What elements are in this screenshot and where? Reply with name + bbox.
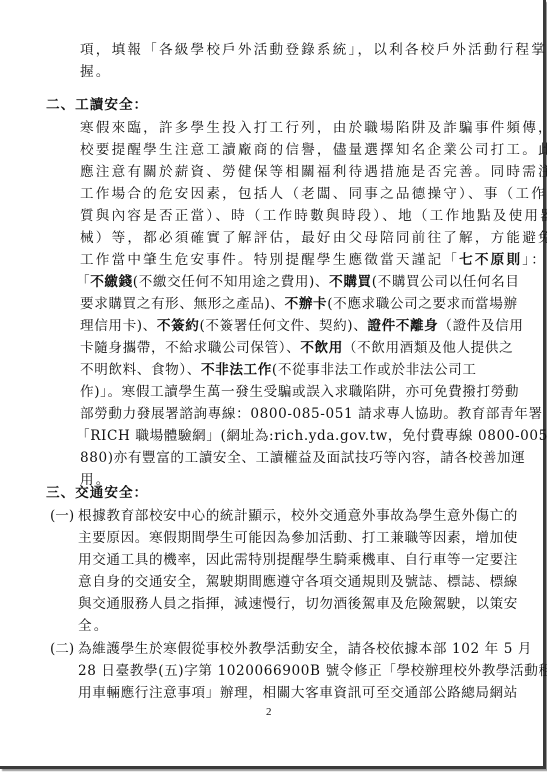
text-run: 」： — [522, 252, 547, 268]
text-run: 理信用卡)、 — [80, 318, 157, 334]
text-line: 校要提醒學生注意工讀廠商的信譽，儘量選擇知名企業公司打工。此外 — [80, 141, 547, 159]
text-line: 要求購買之有形、無形之產品)、不辦卡(不應求職公司之要求而當場辦 — [80, 295, 518, 313]
section-heading-work-safety: 二、工讀安全： — [46, 96, 148, 114]
section-heading-traffic-safety: 三、交通安全： — [46, 484, 148, 502]
bold-term: 不購買 — [329, 274, 372, 290]
bold-term-seven-principles: 七不原則 — [459, 252, 522, 268]
text-line: 根據教育部校安中心的統計顯示，校外交通意外事故為學生意外傷亡的 — [78, 507, 518, 525]
text-run: 要求購買之有形、無形之產品)、 — [80, 296, 285, 312]
text-line-seven-principles: 工作當中肇生危安事件。特別提醒學生應徵當天謹記「七不原則」： — [80, 251, 547, 269]
document-page: 項，填報「各級學校戶外活動登錄系統」，以利各校戶外活動行程掌 握。 二、工讀安全… — [0, 0, 546, 769]
text-run: （不飲用酒類及他人提供之 — [343, 340, 513, 356]
text-line-rich-website: 「RICH 職場體驗網」(網址為:rich.yda.gov.tw，免付費專線 0… — [76, 427, 547, 445]
text-line-hotline: 部勞動力發展署諮詢專線：0800-085-051 請求專人協助。教育部青年署 — [80, 405, 543, 423]
bold-term: 不繳錢 — [90, 274, 133, 290]
text-run: 工作當中肇生危安事件。特別提醒學生應徵當天謹記「 — [80, 252, 459, 268]
text-run: (不簽署任何文件、契約)、 — [199, 318, 367, 334]
text-line: 為維護學生於寒假從事校外教學活動安全，請各校依據本部 102 年 5 月 — [78, 640, 532, 658]
text-run: 「 — [76, 274, 90, 290]
text-line: 880)亦有豐富的工讀安全、工讀權益及面試技巧等內容，請各校善加運 — [80, 449, 525, 467]
text-line: 工作場合的危安因素，包括人（老闆、同事之品德操守）、事（工作性 — [80, 185, 547, 203]
list-marker: (一) — [50, 507, 74, 525]
text-line: 寒假來臨，許多學生投入打工行列，由於職場陷阱及詐騙事件頻傳，學 — [80, 119, 547, 137]
text-run: （證件及信用 — [438, 318, 523, 334]
bold-term: 不辦卡 — [285, 296, 328, 312]
bold-term: 不飲用 — [300, 340, 343, 356]
text-run: 不明飲料、食物）、 — [80, 362, 201, 378]
text-line: 項，填報「各級學校戶外活動登錄系統」，以利各校戶外活動行程掌 — [80, 41, 547, 59]
list-marker: (二) — [50, 640, 74, 658]
text-line: 主要原因。寒假期間學生可能因為參加活動、打工兼職等因素，增加使 — [78, 529, 518, 547]
text-line: 不明飲料、食物）、不非法工作(不從事非法工作或於非法公司工 — [80, 361, 477, 379]
text-line: 理信用卡)、不簽約(不簽署任何文件、契約)、證件不離身（證件及信用 — [80, 317, 524, 335]
page-number: 2 — [266, 706, 272, 718]
text-line: 握。 — [80, 63, 112, 81]
text-line: 意自身的交通安全，駕駛期間應遵守各項交通規則及號誌、標誌、標線 — [78, 573, 518, 591]
text-run: (不應求職公司之要求而當場辦 — [327, 296, 517, 312]
text-line: 「不繳錢(不繳交任何不知用途之費用)、不購買(不購買公司以任何名目 — [76, 273, 520, 291]
text-run: (不購買公司以任何名目 — [372, 274, 520, 290]
text-line: 作)」。寒假工讀學生萬一發生受騙或誤入求職陷阱，亦可免費撥打勞動 — [80, 383, 519, 401]
text-run: (不繳交任何不知用途之費用)、 — [133, 274, 329, 290]
bold-term: 證件不離身 — [367, 318, 438, 334]
text-line: 用車輛應行注意事項」辦理，相關大客車資訊可至交通部公路總局網站 — [78, 684, 518, 702]
text-line: 用交通工具的機率，因此需特別提醒學生騎乘機車、自行車等一定要注 — [78, 551, 518, 569]
bold-term: 不簽約 — [157, 318, 200, 334]
text-line: 全。 — [78, 617, 110, 635]
text-line: 與交通服務人員之指揮，減速慢行，切勿酒後駕車及危險駕駛，以策安 — [78, 595, 518, 613]
text-line: 卡隨身攜帶，不給求職公司保管）、不飲用（不飲用酒類及他人提供之 — [80, 339, 513, 357]
bold-term: 不非法工作 — [201, 362, 272, 378]
text-run: 卡隨身攜帶，不給求職公司保管）、 — [80, 340, 300, 356]
text-line: 應注意有關於薪資、勞健保等相關福利待遇措施是否完善。同時需注意 — [80, 163, 547, 181]
text-line: 質與內容是否正當）、時（工作時數與時段）、地（工作地點及使用器 — [80, 207, 547, 225]
text-line: 械）等，都必須確實了解評估，最好由父母陪同前往了解，方能避免在 — [80, 229, 547, 247]
text-line: 28 日臺教學(五)字第 1020066900B 號令修正「學校辦理校外教學活動… — [78, 662, 547, 680]
text-run: (不從事非法工作或於非法公司工 — [272, 362, 477, 378]
